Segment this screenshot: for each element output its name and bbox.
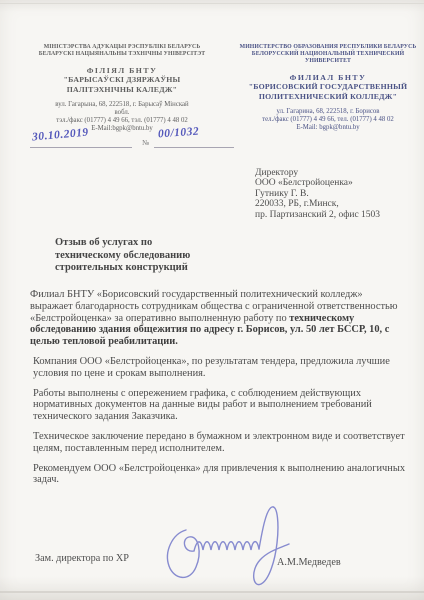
email-line: E-Mail: bgpk@bntu.by [236, 124, 420, 132]
branch-name: ФИЛИАЛ БНТУ [236, 73, 420, 82]
address-line: вобл. [22, 109, 222, 117]
address-line: ул. Гагарина, 68, 222518, г. Борисов [236, 108, 420, 116]
scan-edge-artifact-top [0, 3, 424, 4]
addressee-line: 220033, РБ, г.Минск, [255, 199, 380, 209]
signer-position: Зам. директора по ХР [35, 553, 129, 564]
ministry-line: МІНІСТЭРСТВА АДУКАЦЫІ РЭСПУБЛІКІ БЕЛАРУС… [22, 44, 222, 51]
ministry-line: БЕЛАРУСКІ НАЦЫЯНАЛЬНЫ ТЭХНІЧНЫ УНІВЕРСІТ… [22, 51, 222, 58]
branch-name: ФІЛІЯЛ БНТУ [22, 66, 222, 75]
paragraph: Филиал БНТУ «Борисовский государственный… [30, 289, 406, 348]
college-name-line: "БОРИСОВСКИЙ ГОСУДАРСТВЕННЫЙ [236, 82, 420, 92]
paragraph: Рекомендуем ООО «Белстройоценка» для при… [30, 463, 406, 487]
paragraph: Работы выполнены с опережением графика, … [30, 388, 406, 423]
ministry-line: БЕЛОРУССКИЙ НАЦИОНАЛЬНЫЙ ТЕХНИЧЕСКИЙ [236, 51, 420, 58]
letterhead-belarusian: МІНІСТЭРСТВА АДУКАЦЫІ РЭСПУБЛІКІ БЕЛАРУС… [22, 44, 222, 133]
letter-title: Отзыв об услугах по техническому обследо… [55, 237, 190, 275]
scanned-letter-page: МІНІСТЭРСТВА АДУКАЦЫІ РЭСПУБЛІКІ БЕЛАРУС… [0, 0, 424, 600]
scan-edge-artifact-bottom [0, 591, 424, 593]
letter-body: Филиал БНТУ «Борисовский государственный… [30, 289, 406, 494]
handwritten-date: 30.10.2019 [32, 127, 90, 144]
number-underline [154, 147, 234, 148]
college-name-line: ПОЛИТЕХНИЧЕСКИЙ КОЛЛЕДЖ" [236, 92, 420, 102]
addressee-line: пр. Партизанский 2, офис 1503 [255, 210, 380, 220]
addressee-line: ООО «Белстройоценка» [255, 178, 380, 188]
addressee-block: Директору ООО «Белстройоценка» Гутнику Г… [255, 168, 380, 220]
ministry-line: МИНИСТЕРСТВО ОБРАЗОВАНИЯ РЕСПУБЛИКИ БЕЛА… [236, 44, 420, 51]
letterhead-russian: МИНИСТЕРСТВО ОБРАЗОВАНИЯ РЕСПУБЛИКИ БЕЛА… [236, 44, 420, 133]
signer-name: А.М.Медведев [277, 557, 341, 568]
addressee-line: Директору [255, 168, 380, 178]
paragraph: Техническое заключение передано в бумажн… [30, 431, 406, 455]
number-sign-label: № [142, 138, 149, 147]
handwritten-signature [156, 498, 316, 594]
letter-title-line: Отзыв об услугах по [55, 237, 190, 250]
letterhead: МІНІСТЭРСТВА АДУКАЦЫІ РЭСПУБЛІКІ БЕЛАРУС… [22, 44, 420, 133]
date-underline [30, 147, 132, 148]
address-line: вул. Гагарына, 68, 222518, г. Барысаў Мі… [22, 101, 222, 109]
letter-title-line: строительных конструкций [55, 262, 190, 275]
phone-line: тэл./факс (01777) 4 49 66, тэл. (01777) … [22, 117, 222, 125]
letter-title-line: техническому обследованию [55, 250, 190, 263]
phone-line: тел./факс (01777) 4 49 66, тел. (01777) … [236, 116, 420, 124]
reference-line: 30.10.2019 № 00/1032 [30, 126, 240, 156]
college-name-line: "БАРЫСАЎСКІ ДЗЯРЖАЎНЫ [22, 75, 222, 85]
ministry-line: УНИВЕРСИТЕТ [236, 58, 420, 65]
paragraph: Компания ООО «Белстройоценка», по резуль… [30, 356, 406, 380]
handwritten-number: 00/1032 [158, 126, 200, 141]
college-name-line: ПАЛІТЭХНІЧНЫ КАЛЕДЖ" [22, 85, 222, 95]
addressee-line: Гутнику Г. В. [255, 189, 380, 199]
